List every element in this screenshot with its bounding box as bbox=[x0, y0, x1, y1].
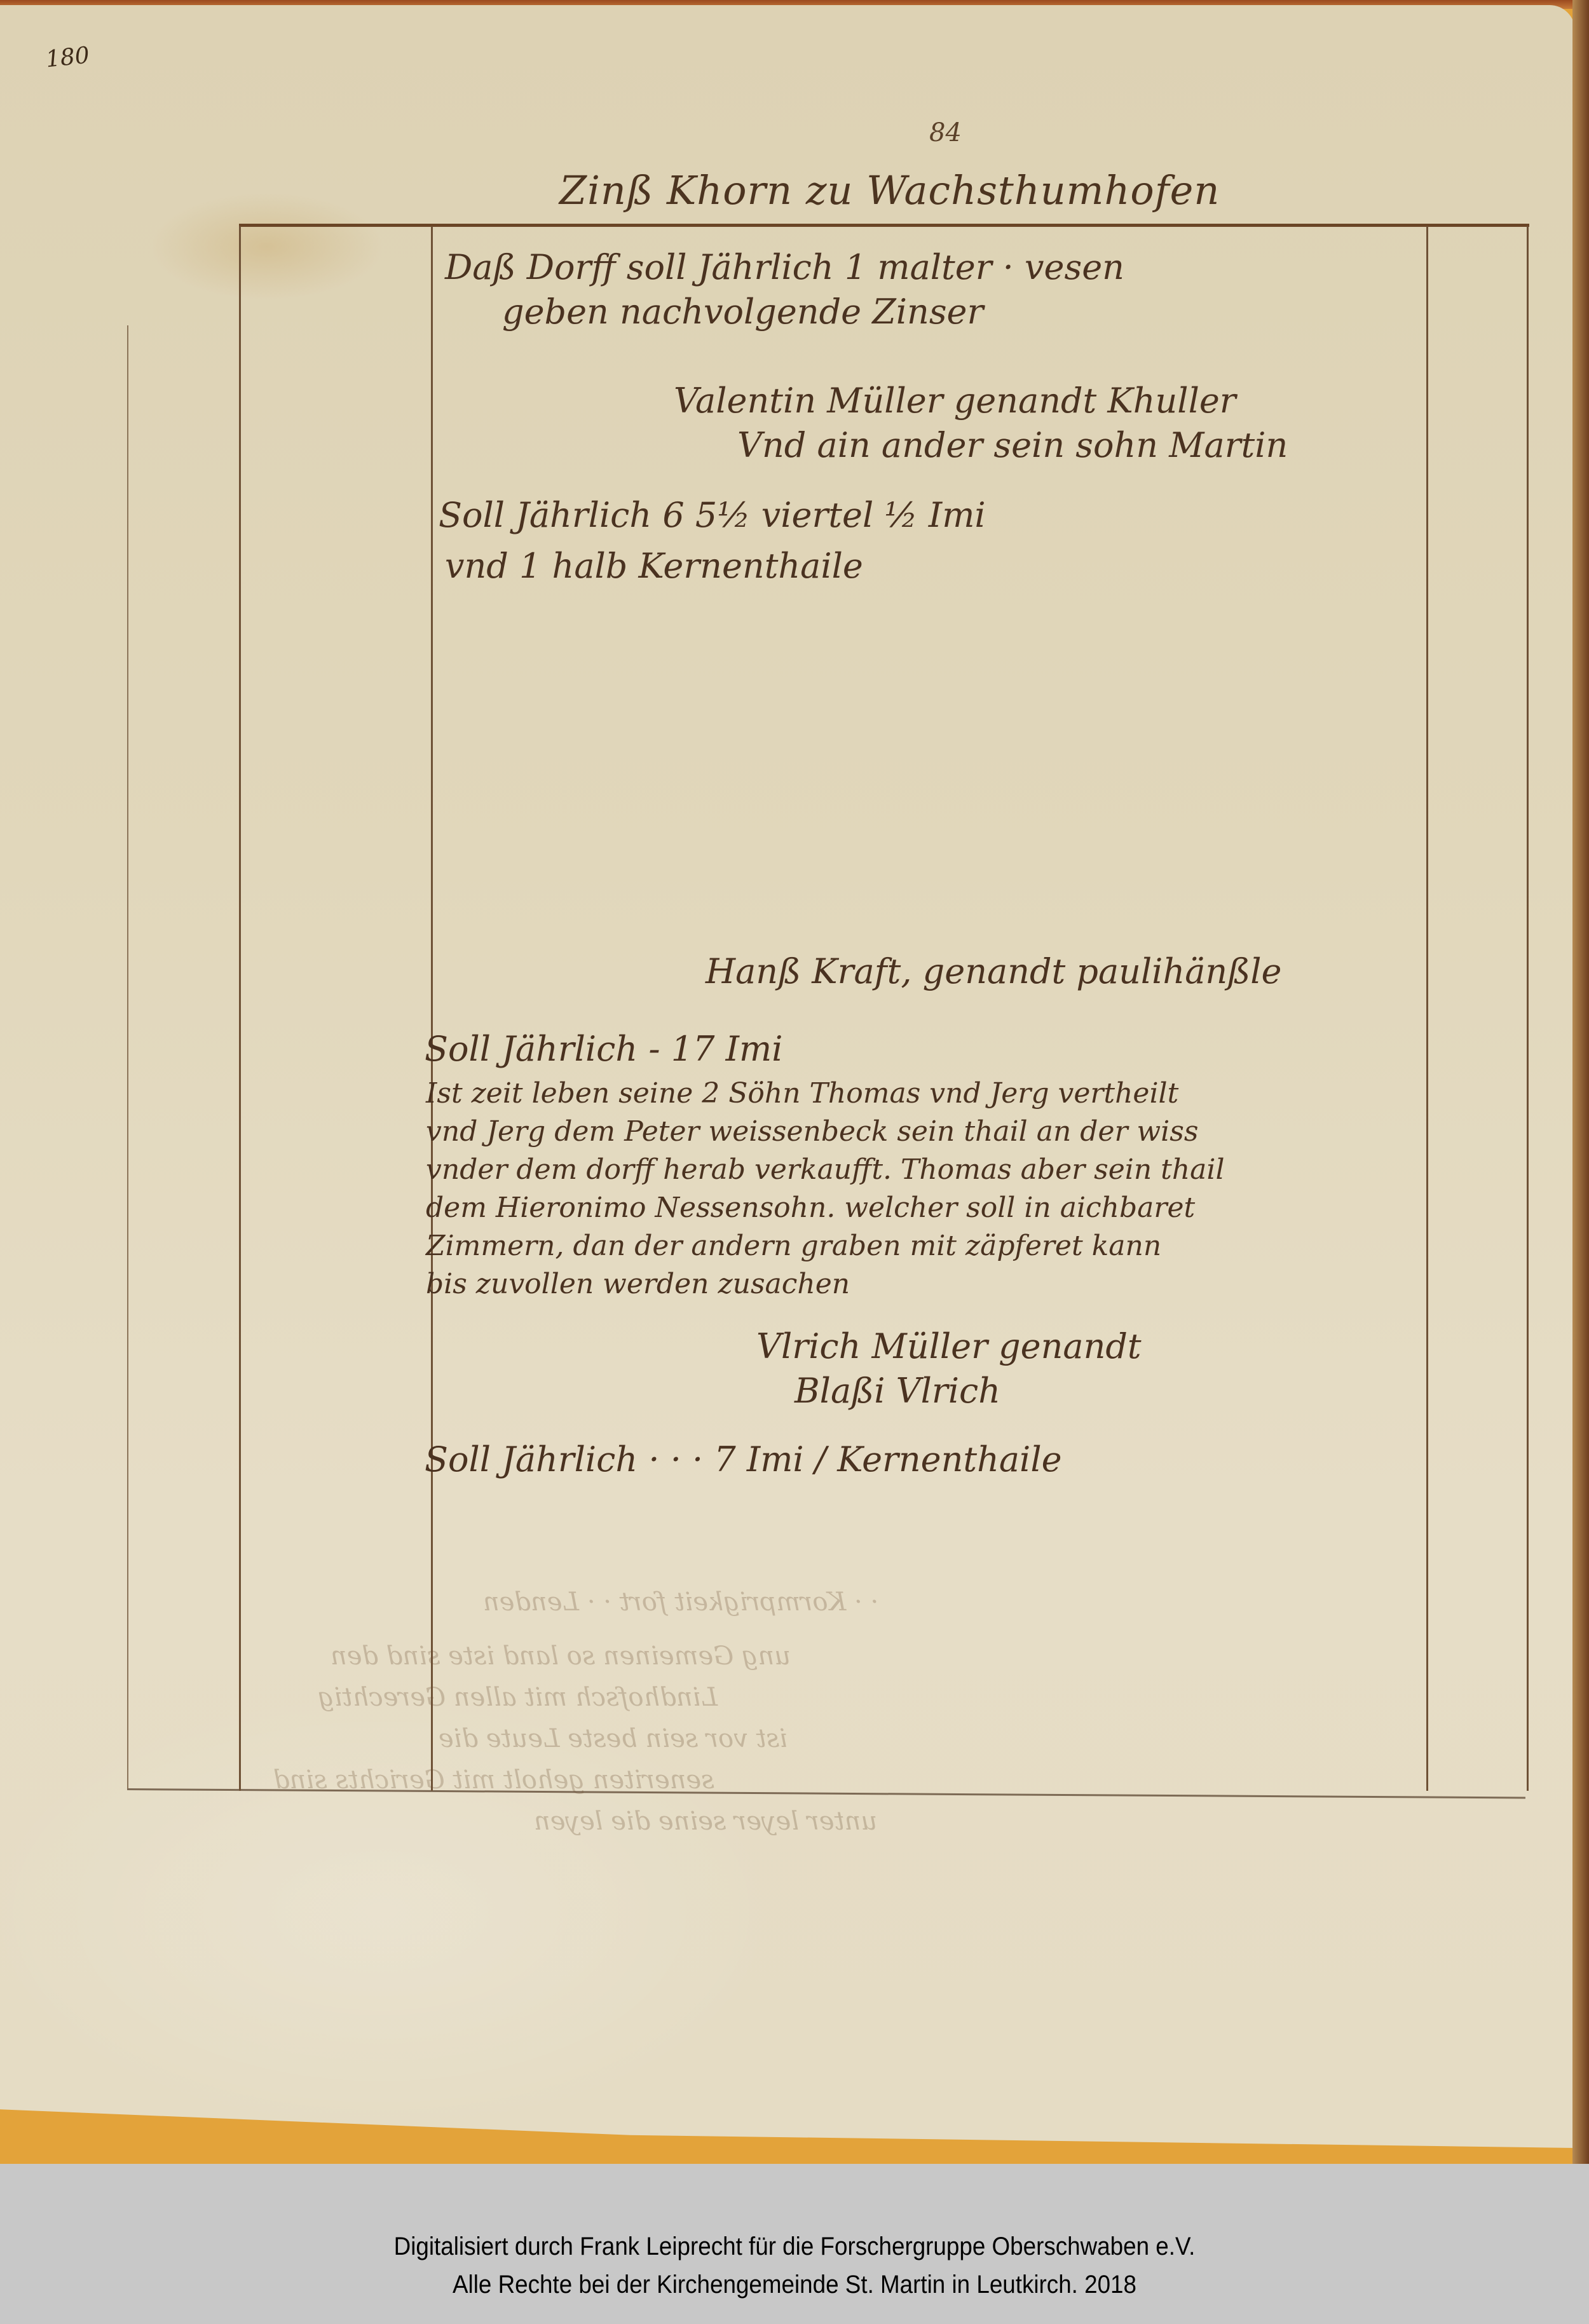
bleed-through-line: · · Kormprigkeit fort · · Lenden bbox=[483, 1587, 878, 1617]
bleed-through-line: ist vor sein beste Leute die bbox=[439, 1724, 788, 1753]
entry-3-amount-line-1: Soll Jährlich · · · 7 Imi / Kernenthaile bbox=[425, 1440, 1062, 1479]
entry-2-body-line-4: dem Hieronimo Nessensohn. welcher soll i… bbox=[426, 1192, 1195, 1225]
manuscript-page: 180 84 Zinß Khorn zu Wachsthumhofen · · … bbox=[0, 5, 1575, 2148]
ledger-outer-left-line bbox=[127, 325, 128, 1788]
bleed-through-line: Lindhofsch mit allen Gerechtig bbox=[318, 1683, 718, 1712]
entry-intro-line-1: Daß Dorff soll Jährlich 1 malter · vesen bbox=[445, 248, 1124, 287]
entry-3-name-line-2: Blaßi Vlrich bbox=[795, 1371, 1000, 1411]
ledger-right-edge-line bbox=[1527, 226, 1529, 1791]
book-edge-right bbox=[1572, 0, 1589, 2164]
entry-2-name-line-1: Hanß Kraft, genandt paulihänßle bbox=[706, 952, 1282, 991]
bleed-through-line: unter leyer seine die leyen bbox=[534, 1807, 877, 1836]
entry-2-body-line-5: Zimmern, dan der andern graben mit zäpfe… bbox=[426, 1230, 1161, 1263]
page-number: 180 bbox=[44, 43, 91, 73]
ledger-text-column-line bbox=[431, 226, 433, 1791]
entry-2-body-line-3: vnder dem dorff herab verkaufft. Thomas … bbox=[426, 1154, 1225, 1186]
ledger-amount-column-line bbox=[1426, 226, 1428, 1791]
entry-2-body-line-1: Ist zeit leben seine 2 Söhn Thomas vnd J… bbox=[426, 1078, 1178, 1110]
entry-2-amount-line-1: Soll Jährlich - 17 Imi bbox=[425, 1029, 782, 1069]
entry-2-body-line-6: bis zuvollen werden zusachen bbox=[426, 1268, 850, 1301]
digitization-caption: Digitalisiert durch Frank Leiprecht für … bbox=[0, 2164, 1589, 2324]
page-heading: Zinß Khorn zu Wachsthumhofen bbox=[559, 167, 1220, 214]
scanned-book: 180 84 Zinß Khorn zu Wachsthumhofen · · … bbox=[0, 0, 1589, 2164]
ledger-left-margin-line bbox=[239, 226, 241, 1791]
entry-3-name-line-1: Vlrich Müller genandt bbox=[756, 1327, 1142, 1366]
caption-line-rights: Alle Rechte bei der Kirchengemeinde St. … bbox=[64, 2266, 1525, 2304]
entry-1-amount-line-1: Soll Jährlich 6 5½ viertel ½ Imi bbox=[439, 496, 986, 535]
entry-1-name-line-2: Vnd ain ander sein sohn Martin bbox=[737, 426, 1288, 465]
bleed-through-line: seneriten geholt mit Gerichts sind bbox=[273, 1765, 714, 1795]
entry-2-body-line-2: vnd Jerg dem Peter weissenbeck sein thai… bbox=[426, 1116, 1198, 1148]
entry-intro-line-2: geben nachvolgende Zinser bbox=[502, 292, 983, 332]
caption-line-credit: Digitalisiert durch Frank Leiprecht für … bbox=[64, 2227, 1525, 2266]
folio-number: 84 bbox=[929, 118, 962, 147]
entry-1-amount-line-2: vnd 1 halb Kernenthaile bbox=[445, 547, 863, 586]
bleed-through-line: ung Gemeinen so land iste sind den bbox=[331, 1641, 791, 1671]
entry-1-name-line-1: Valentin Müller genandt Khuller bbox=[674, 381, 1236, 421]
